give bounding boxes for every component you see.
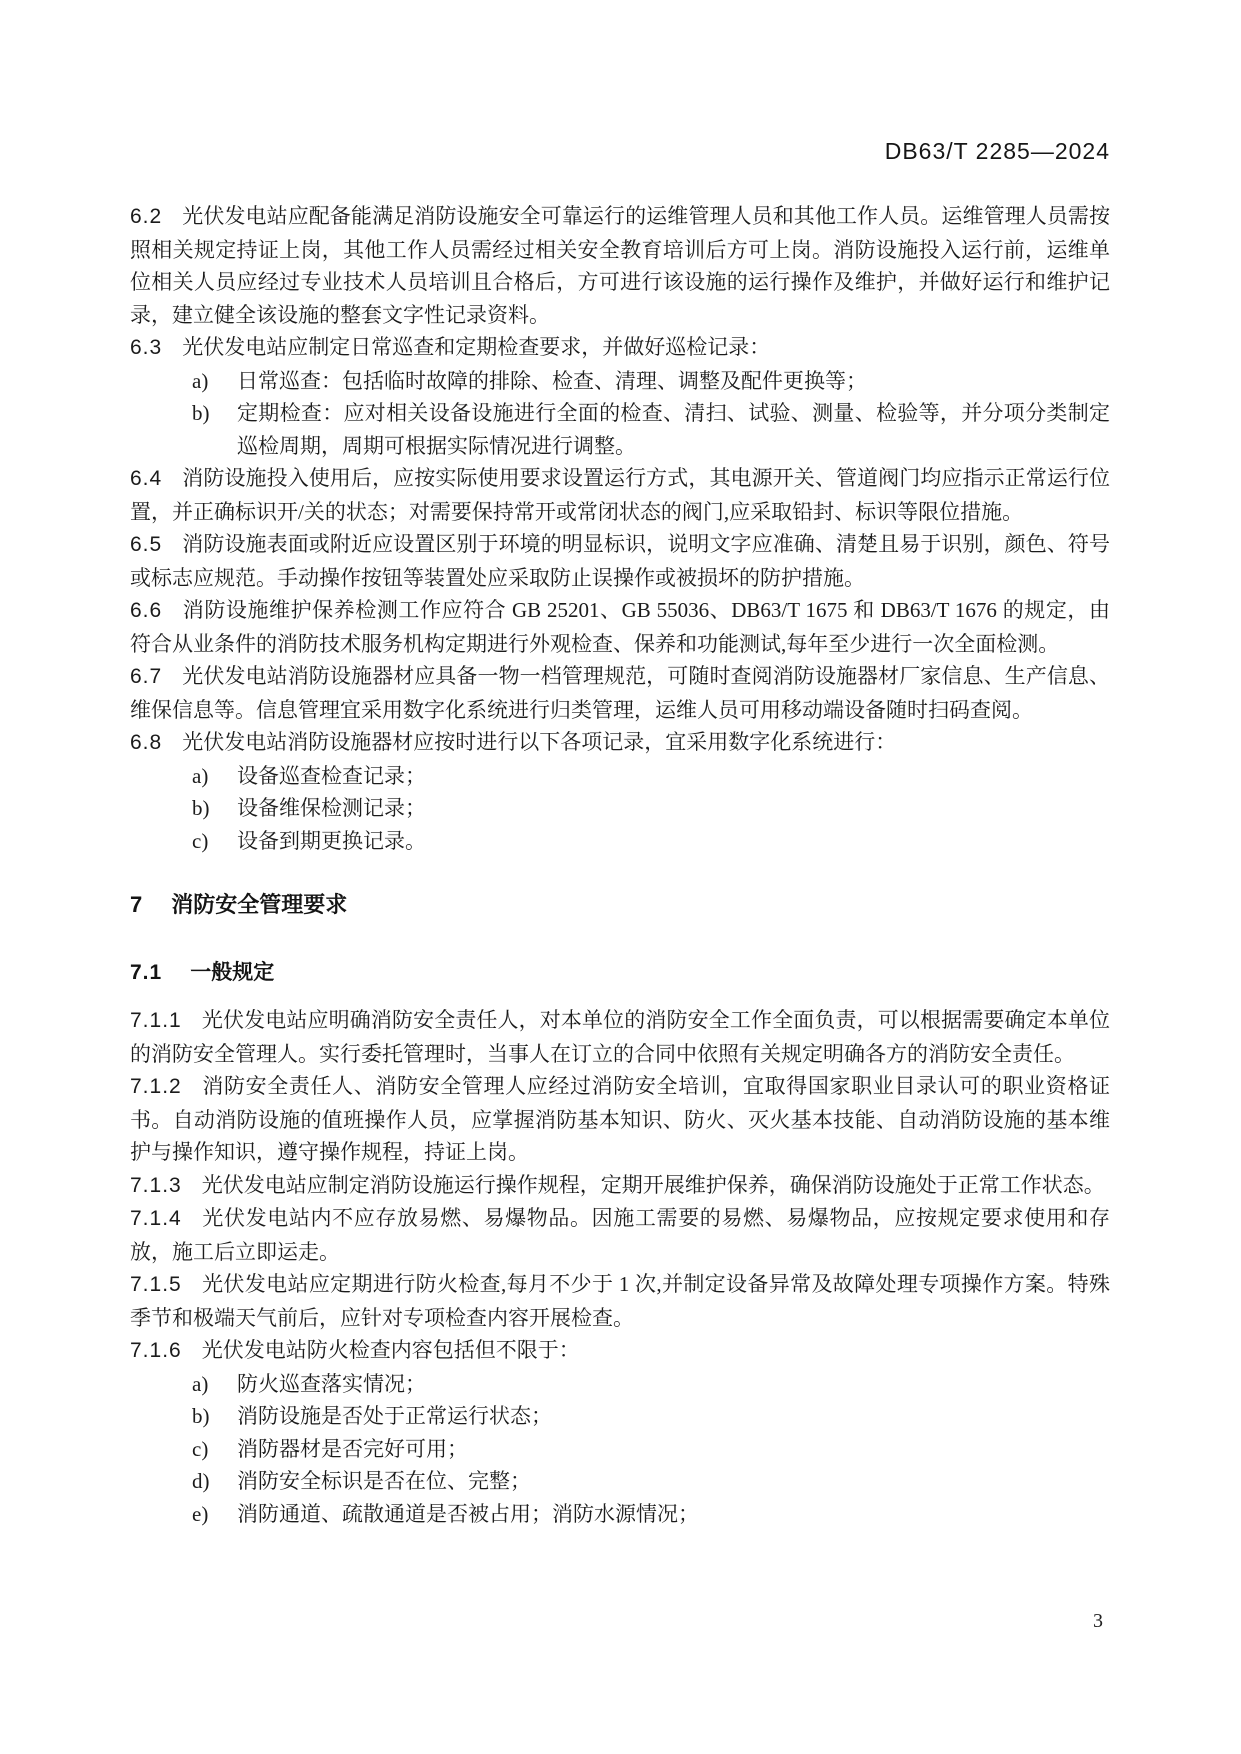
clause-text: 光伏发电站应制定日常巡查和定期检查要求，并做好巡检记录：	[182, 335, 770, 359]
clause-text: 光伏发电站消防设施器材应按时进行以下各项记录，宜采用数字化系统进行：	[182, 730, 896, 754]
clause-number: 6.5	[130, 533, 162, 556]
list-label: c)	[192, 1433, 208, 1466]
clause-text: 光伏发电站应制定消防设施运行操作规程，定期开展维护保养，确保消防设施处于正常工作…	[202, 1173, 1105, 1197]
list-item-6-8-c: c)设备到期更换记录。	[130, 825, 1110, 858]
list-label: d)	[192, 1465, 210, 1498]
section-7-1-heading: 7.1一般规定	[130, 956, 1110, 989]
chapter-title: 消防安全管理要求	[171, 892, 347, 917]
clause-number: 6.3	[130, 336, 162, 359]
list-text: 设备巡查检查记录；	[237, 764, 426, 788]
section-title: 一般规定	[190, 961, 274, 984]
list-text: 消防通道、疏散通道是否被占用；消防水源情况；	[237, 1502, 699, 1526]
list-text: 设备到期更换记录。	[237, 829, 426, 853]
clause-text: 光伏发电站消防设施器材应具备一物一档管理规范，可随时查阅消防设施器材厂家信息、生…	[130, 664, 1110, 722]
clause-number: 6.7	[130, 665, 162, 688]
list-text: 消防安全标识是否在位、完整；	[237, 1469, 531, 1493]
clause-7-1-5: 7.1.5光伏发电站应定期进行防火检查,每月不少于 1 次,并制定设备异常及故障…	[130, 1268, 1110, 1334]
clause-number: 6.2	[130, 205, 162, 228]
clause-6-5: 6.5消防设施表面或附近应设置区别于环境的明显标识，说明文字应准确、清楚且易于识…	[130, 528, 1110, 594]
page-number: 3	[1093, 1610, 1103, 1633]
list-item-7-1-6-a: a)防火巡查落实情况；	[130, 1368, 1110, 1401]
clause-7-1-4: 7.1.4光伏发电站内不应存放易燃、易爆物品。因施工需要的易燃、易爆物品，应按规…	[130, 1202, 1110, 1268]
clause-text: 消防设施表面或附近应设置区别于环境的明显标识，说明文字应准确、清楚且易于识别，颜…	[130, 532, 1110, 590]
list-item-6-3-a: a)日常巡查：包括临时故障的排除、检查、清理、调整及配件更换等；	[130, 365, 1110, 398]
list-label: b)	[192, 1400, 210, 1433]
clause-number: 6.4	[130, 467, 162, 490]
clause-number: 7.1.4	[130, 1207, 182, 1230]
list-text: 防火巡查落实情况；	[237, 1372, 426, 1396]
clause-text: 消防设施投入使用后，应按实际使用要求设置运行方式，其电源开关、管道阀门均应指示正…	[130, 466, 1110, 524]
list-text: 消防设施是否处于正常运行状态；	[237, 1404, 552, 1428]
list-item-6-8-a: a)设备巡查检查记录；	[130, 760, 1110, 793]
list-text: 消防器材是否完好可用；	[237, 1437, 468, 1461]
clause-7-1-2: 7.1.2消防安全责任人、消防安全管理人应经过消防安全培训，宜取得国家职业目录认…	[130, 1070, 1110, 1169]
clause-text: 光伏发电站应定期进行防火检查,每月不少于 1 次,并制定设备异常及故障处理专项操…	[130, 1272, 1110, 1330]
list-item-6-8-b: b)设备维保检测记录；	[130, 792, 1110, 825]
clause-number: 7.1.1	[130, 1009, 182, 1032]
list-label: b)	[192, 397, 210, 430]
list-item-6-3-b: b)定期检查：应对相关设备设施进行全面的检查、清扫、试验、测量、检验等，并分项分…	[130, 397, 1110, 462]
clause-6-8: 6.8光伏发电站消防设施器材应按时进行以下各项记录，宜采用数字化系统进行：	[130, 726, 1110, 760]
clause-6-4: 6.4消防设施投入使用后，应按实际使用要求设置运行方式，其电源开关、管道阀门均应…	[130, 462, 1110, 528]
list-item-7-1-6-c: c)消防器材是否完好可用；	[130, 1433, 1110, 1466]
list-item-7-1-6-e: e)消防通道、疏散通道是否被占用；消防水源情况；	[130, 1498, 1110, 1531]
list-label: a)	[192, 365, 208, 398]
list-label: a)	[192, 760, 208, 793]
clause-text: 光伏发电站防火检查内容包括但不限于：	[202, 1338, 580, 1362]
document-content: 6.2光伏发电站应配备能满足消防设施安全可靠运行的运维管理人员和其他工作人员。运…	[130, 200, 1110, 1530]
clause-text: 消防安全责任人、消防安全管理人应经过消防安全培训，宜取得国家职业目录认可的职业资…	[130, 1074, 1110, 1164]
list-label: b)	[192, 792, 210, 825]
clause-number: 7.1.3	[130, 1174, 182, 1197]
list-item-7-1-6-d: d)消防安全标识是否在位、完整；	[130, 1465, 1110, 1498]
document-page: DB63/T 2285—2024 6.2光伏发电站应配备能满足消防设施安全可靠运…	[0, 0, 1241, 1754]
clause-text: 光伏发电站应配备能满足消防设施安全可靠运行的运维管理人员和其他工作人员。运维管理…	[130, 204, 1110, 327]
clause-number: 6.6	[130, 599, 162, 622]
clause-text: 光伏发电站应明确消防安全责任人，对本单位的消防安全工作全面负责，可以根据需要确定…	[130, 1008, 1110, 1066]
clause-7-1-6: 7.1.6光伏发电站防火检查内容包括但不限于：	[130, 1334, 1110, 1368]
clause-6-7: 6.7光伏发电站消防设施器材应具备一物一档管理规范，可随时查阅消防设施器材厂家信…	[130, 660, 1110, 726]
clause-text: 消防设施维护保养检测工作应符合 GB 25201、GB 55036、DB63/T…	[130, 598, 1110, 656]
list-label: a)	[192, 1368, 208, 1401]
list-text: 日常巡查：包括临时故障的排除、检查、清理、调整及配件更换等；	[237, 369, 867, 393]
clause-6-3: 6.3光伏发电站应制定日常巡查和定期检查要求，并做好巡检记录：	[130, 331, 1110, 365]
clause-text: 光伏发电站内不应存放易燃、易爆物品。因施工需要的易燃、易爆物品，应按规定要求使用…	[130, 1206, 1110, 1264]
clause-7-1-3: 7.1.3光伏发电站应制定消防设施运行操作规程，定期开展维护保养，确保消防设施处…	[130, 1169, 1110, 1203]
chapter-number: 7	[130, 892, 143, 917]
clause-number: 7.1.2	[130, 1075, 182, 1098]
list-item-7-1-6-b: b)消防设施是否处于正常运行状态；	[130, 1400, 1110, 1433]
standard-code-header: DB63/T 2285—2024	[885, 138, 1110, 165]
chapter-7-heading: 7消防安全管理要求	[130, 888, 1110, 921]
clause-number: 7.1.6	[130, 1339, 182, 1362]
list-text: 设备维保检测记录；	[237, 796, 426, 820]
clause-number: 6.8	[130, 731, 162, 754]
list-text: 定期检查：应对相关设备设施进行全面的检查、清扫、试验、测量、检验等，并分项分类制…	[237, 401, 1110, 458]
section-number: 7.1	[130, 961, 162, 984]
list-label: e)	[192, 1498, 208, 1531]
list-label: c)	[192, 825, 208, 858]
clause-6-2: 6.2光伏发电站应配备能满足消防设施安全可靠运行的运维管理人员和其他工作人员。运…	[130, 200, 1110, 331]
clause-6-6: 6.6消防设施维护保养检测工作应符合 GB 25201、GB 55036、DB6…	[130, 594, 1110, 660]
clause-7-1-1: 7.1.1光伏发电站应明确消防安全责任人，对本单位的消防安全工作全面负责，可以根…	[130, 1004, 1110, 1070]
clause-number: 7.1.5	[130, 1273, 182, 1296]
